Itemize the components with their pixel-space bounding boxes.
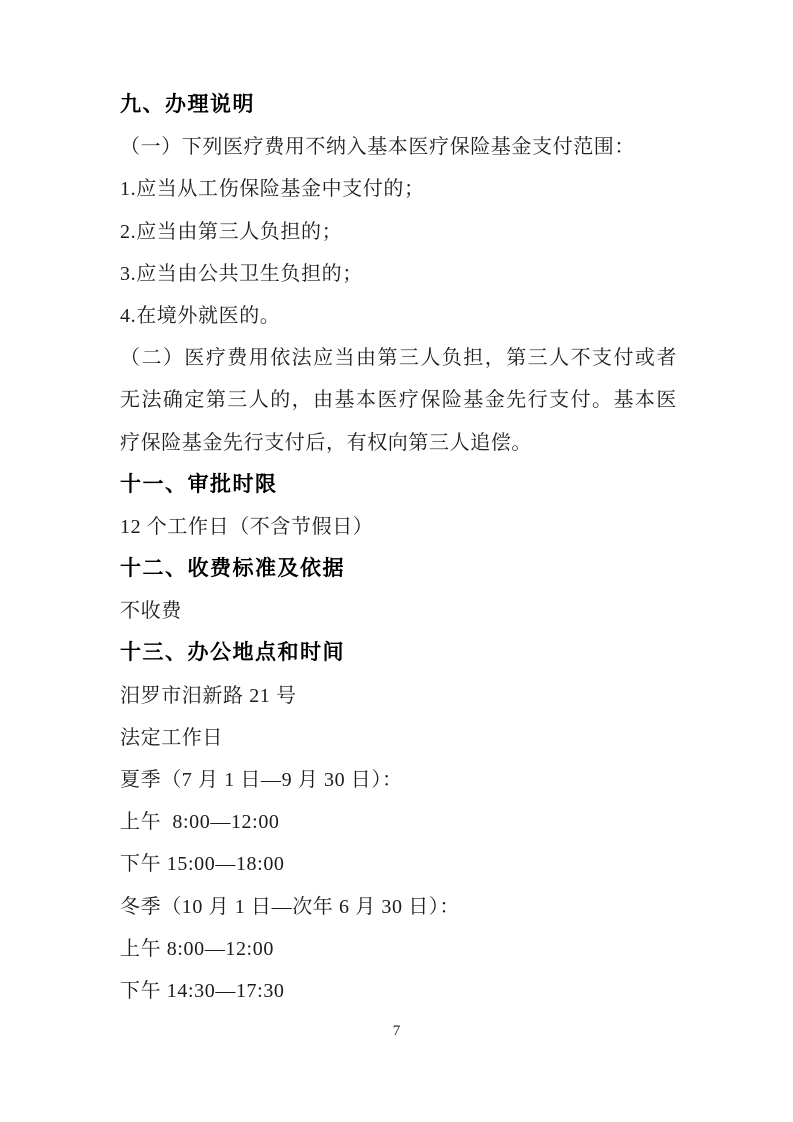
para-office-address: 汨罗市汨新路 21 号 xyxy=(120,675,677,717)
heading-section-11-approval-time-limit: 十一、审批时限 xyxy=(120,464,677,506)
para-working-days: 12 个工作日（不含节假日） xyxy=(120,506,677,548)
para-summer-morning-hours: 上午 8:00—12:00 xyxy=(120,801,677,843)
para-no-fee: 不收费 xyxy=(120,590,677,632)
para-advance-payment-line-1: （二）医疗费用依法应当由第三人负担，第三人不支付或者 xyxy=(120,337,677,379)
list-item-1-work-injury-fund: 1.应当从工伤保险基金中支付的； xyxy=(120,168,677,210)
para-winter-schedule-label: 冬季（10 月 1 日—次年 6 月 30 日）： xyxy=(120,886,677,928)
heading-section-12-fee-standard: 十二、收费标准及依据 xyxy=(120,548,677,590)
page-number: 7 xyxy=(0,1016,793,1046)
para-advance-payment-line-2: 无法确定第三人的，由基本医疗保险基金先行支付。基本医 xyxy=(120,379,677,421)
heading-section-13-office-location-time: 十三、办公地点和时间 xyxy=(120,632,677,674)
para-summer-schedule-label: 夏季（7 月 1 日—9 月 30 日）： xyxy=(120,759,677,801)
heading-section-9-processing-notes: 九、办理说明 xyxy=(120,84,677,126)
document-page: 九、办理说明 （一）下列医疗费用不纳入基本医疗保险基金支付范围： 1.应当从工伤… xyxy=(0,0,793,1122)
document-body: 九、办理说明 （一）下列医疗费用不纳入基本医疗保险基金支付范围： 1.应当从工伤… xyxy=(120,84,677,1012)
list-item-2-third-party: 2.应当由第三人负担的； xyxy=(120,211,677,253)
list-item-3-public-health: 3.应当由公共卫生负担的； xyxy=(120,253,677,295)
list-item-4-overseas-treatment: 4.在境外就医的。 xyxy=(120,295,677,337)
para-winter-morning-hours: 上午 8:00—12:00 xyxy=(120,928,677,970)
para-summer-afternoon-hours: 下午 15:00—18:00 xyxy=(120,843,677,885)
para-advance-payment-line-3: 疗保险基金先行支付后，有权向第三人追偿。 xyxy=(120,422,677,464)
para-winter-afternoon-hours: 下午 14:30—17:30 xyxy=(120,970,677,1012)
para-legal-workdays: 法定工作日 xyxy=(120,717,677,759)
para-excluded-expenses-intro: （一）下列医疗费用不纳入基本医疗保险基金支付范围： xyxy=(120,126,677,168)
